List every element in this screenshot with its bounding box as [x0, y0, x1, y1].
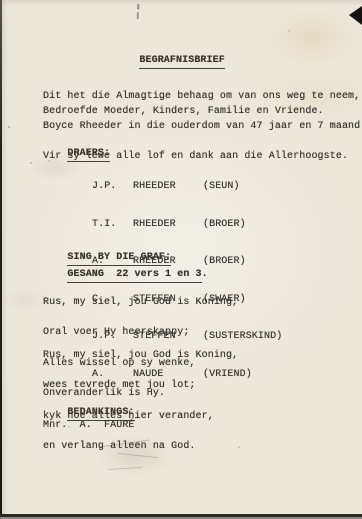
verse-line: Rus, my siel, jou God is Koning,: [43, 351, 238, 361]
bearer-initials: J.P.: [92, 181, 133, 194]
bearer-row: J.P. RHEEDER (SEUN): [92, 181, 282, 194]
intro-line: Dit het die Almagtige behaag om van ons …: [43, 92, 360, 102]
scan-corner-mark: [349, 6, 362, 25]
verse-line: en verlang alleen na God.: [43, 442, 238, 452]
intro-line: Boyce Rheeder in die ouderdom van 47 jaa…: [43, 122, 360, 132]
bearer-row: T.I. RHEEDER (BROER): [92, 219, 282, 232]
bearer-relation: (BROER): [203, 219, 246, 232]
scan-edge-left: [0, 0, 2, 519]
bearer-relation: (BROER): [203, 256, 246, 269]
bearer-surname: RHEEDER: [133, 181, 203, 194]
verse-line: Rus, my siel, jou God is Koning,: [43, 298, 238, 308]
letter-title-text: BEGRAFNISBRIEF: [139, 56, 224, 69]
mourners-line: Bedroefde Moeder, Kinders, Familie en Vr…: [43, 107, 324, 117]
scan-smudge-top: [137, 4, 140, 19]
scan-speckles: [8, 126, 10, 128]
scanned-funeral-letter: BEGRAFNISBRIEF Dit het die Almagtige beh…: [0, 0, 362, 519]
thanks-heading-text: BEDANKINGS:: [67, 408, 134, 421]
thanks-name: Mnr. A. FAURÉ: [43, 421, 135, 431]
verse-line: wees tevrede met jou lot;: [43, 381, 238, 391]
bearer-surname: RHEEDER: [133, 219, 203, 232]
bearer-initials: T.I.: [92, 219, 133, 232]
bearer-relation: (SEUN): [203, 181, 240, 194]
